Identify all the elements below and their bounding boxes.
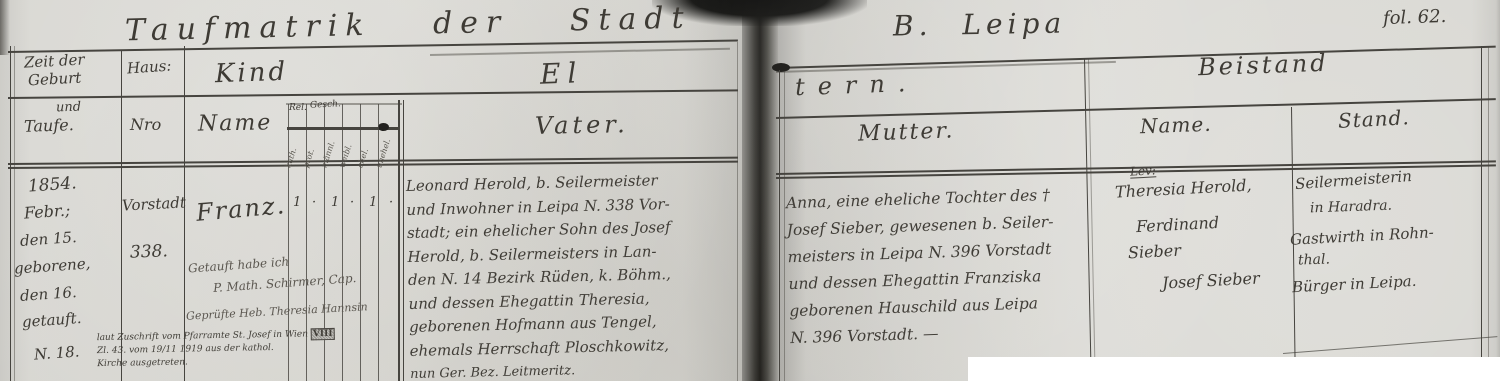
header-witness-name: Name. bbox=[1140, 114, 1212, 136]
entry-baptism-day: den 16. bbox=[20, 285, 78, 304]
entry-month: Febr.; bbox=[23, 202, 70, 221]
mother-entry: Anna, eine eheliche Tochter des † Josef … bbox=[786, 182, 1058, 352]
header-parents-right-part: tern. bbox=[795, 71, 919, 99]
header-mother: Mutter. bbox=[858, 120, 955, 145]
tick-katholisch: 1 bbox=[293, 196, 301, 209]
entry-year: 1854. bbox=[27, 175, 77, 195]
header-birth-time-2: Geburt bbox=[28, 71, 82, 89]
witness-levans-label: Lev: bbox=[1130, 164, 1157, 178]
entry-house-suburb: Vorstadt bbox=[122, 195, 187, 213]
entry-baptized-word: getauft. bbox=[22, 311, 82, 330]
right-border-1 bbox=[1481, 46, 1482, 381]
witness-stand-2b: thal. bbox=[1298, 252, 1330, 267]
header-witness-stand: Stand. bbox=[1338, 107, 1411, 131]
header-house-number: Nro bbox=[130, 117, 161, 133]
right-border-2 bbox=[1488, 46, 1489, 381]
left-edge-shadow bbox=[0, 0, 10, 55]
header-witness: Beistand bbox=[1198, 51, 1329, 80]
divider-child-father-1 bbox=[398, 100, 400, 381]
entry-child-name: Franz. bbox=[195, 193, 287, 225]
church-exit-note: laut Zuschrift vom Pfarramte St. Josef i… bbox=[97, 328, 335, 371]
baptism-register-scan: Taufmatrik der Stadt B. Leipa fol. 62. Z… bbox=[0, 0, 1500, 381]
right-page-border-1 bbox=[779, 70, 780, 381]
header-parents-left-part: El bbox=[540, 59, 584, 88]
scan-blank-area bbox=[968, 357, 1500, 381]
header-birth-time-4: Taufe. bbox=[24, 117, 74, 135]
church-exit-line-1: laut Zuschrift vom Pfarramte St. Josef i… bbox=[97, 329, 308, 343]
tick-sep-3: · bbox=[389, 196, 393, 209]
header-house: Haus: bbox=[127, 58, 172, 76]
header-religion-abbr: Rel. bbox=[289, 104, 307, 113]
father-entry: Leonard Herold, b. Seilermeister und Inw… bbox=[406, 169, 674, 381]
right-page-border-2 bbox=[784, 72, 785, 381]
witness-stand-1b: in Haradra. bbox=[1310, 199, 1392, 216]
left-border-1 bbox=[10, 46, 11, 381]
entry-birth-day: den 15. bbox=[20, 230, 78, 249]
register-title-right: B. Leipa bbox=[893, 9, 1067, 40]
tick-maennlich: 1 bbox=[331, 196, 339, 209]
church-exit-district: VIII bbox=[311, 328, 335, 340]
tick-sep-2: · bbox=[350, 196, 354, 209]
header-father: Vater. bbox=[535, 112, 629, 138]
entry-house-number: 338. bbox=[130, 243, 168, 261]
header-child-name: Name bbox=[198, 112, 273, 135]
left-page-edge-line bbox=[737, 42, 738, 381]
ink-blot bbox=[378, 123, 389, 131]
tick-ehelich: 1 bbox=[369, 196, 377, 209]
left-border-2 bbox=[14, 46, 15, 381]
folio-number: fol. 62. bbox=[1383, 8, 1447, 28]
header-birth-time-3: und bbox=[56, 101, 82, 115]
entry-record-number: N. 18. bbox=[34, 344, 80, 362]
witness-name-2a: Ferdinand bbox=[1136, 215, 1220, 235]
ink-blot-gutter bbox=[772, 63, 790, 72]
subcol-line-5 bbox=[360, 104, 361, 381]
header-child: Kind bbox=[215, 59, 289, 88]
book-gutter bbox=[742, 0, 778, 381]
subcol-line-6 bbox=[378, 104, 379, 381]
witness-name-2b: Sieber bbox=[1128, 243, 1182, 262]
right-edge-shadow bbox=[1496, 0, 1500, 381]
divider-child-father-2 bbox=[403, 100, 404, 381]
header-sex-abbr: Gesch. bbox=[310, 100, 341, 111]
tick-sep-1: · bbox=[312, 196, 316, 209]
